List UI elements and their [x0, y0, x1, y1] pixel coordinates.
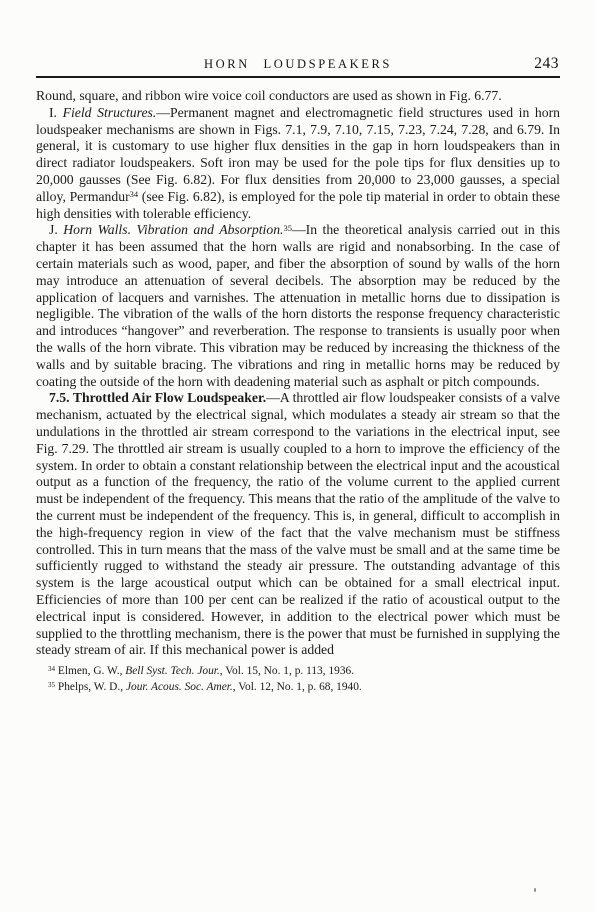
footnote-marker: 35 — [48, 681, 55, 689]
text-segment: , Vol. 15, No. 1, p. 113, 1936. — [220, 665, 354, 677]
text-segment: Phelps, W. D., — [55, 681, 126, 693]
text-segment: I. — [49, 105, 63, 120]
text-segment: —A throttled air flow loudspeaker consis… — [36, 390, 560, 657]
paragraph: Round, square, and ribbon wire voice coi… — [36, 88, 560, 105]
text-column: HORN LOUDSPEAKERS 243 Round, square, and… — [36, 57, 560, 695]
text-segment: Bell Syst. Tech. Jour. — [125, 665, 220, 677]
header-rule — [36, 76, 560, 78]
text-segment: 35 — [283, 223, 291, 233]
text-segment: —In the theoretical analysis carried out… — [36, 222, 560, 388]
text-segment: 7.5. Throttled Air Flow Loudspeaker. — [49, 390, 266, 405]
text-segment: Elmen, G. W., — [55, 665, 125, 677]
footnote-marker: 34 — [48, 665, 55, 673]
text-segment: Field Structures. — [63, 105, 157, 120]
text-segment: Jour. Acous. Soc. Amer. — [126, 681, 233, 693]
page-header: HORN LOUDSPEAKERS 243 — [36, 57, 560, 74]
scan-artifact-dot — [534, 888, 536, 892]
paragraph: J. Horn Walls. Vibration and Absorption.… — [36, 222, 560, 390]
footnote: 34 Elmen, G. W., Bell Syst. Tech. Jour.,… — [36, 664, 560, 680]
footnote: 35 Phelps, W. D., Jour. Acous. Soc. Amer… — [36, 680, 560, 696]
footnotes: 34 Elmen, G. W., Bell Syst. Tech. Jour.,… — [36, 664, 560, 695]
paragraph: I. Field Structures.—Permanent magnet an… — [36, 105, 560, 223]
text-segment: 34 — [130, 189, 138, 199]
body-text: Round, square, and ribbon wire voice coi… — [36, 88, 560, 659]
page-number: 243 — [534, 55, 559, 73]
running-title: HORN LOUDSPEAKERS — [36, 57, 560, 72]
book-page: HORN LOUDSPEAKERS 243 Round, square, and… — [0, 0, 596, 912]
text-segment: , Vol. 12, No. 1, p. 68, 1940. — [233, 681, 362, 693]
text-segment: Horn Walls. Vibration and Absorption. — [63, 222, 283, 237]
text-segment: J. — [49, 222, 63, 237]
paragraph: 7.5. Throttled Air Flow Loudspeaker.—A t… — [36, 390, 560, 659]
text-segment: Round, square, and ribbon wire voice coi… — [36, 88, 502, 103]
